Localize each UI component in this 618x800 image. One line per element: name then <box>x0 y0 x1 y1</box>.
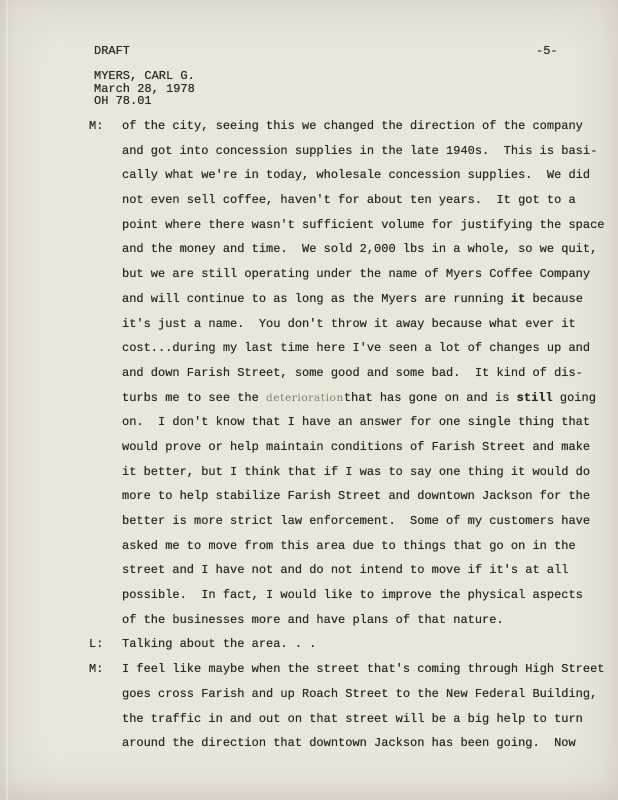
document-meta: MYERS, CARL G. March 28, 1978 OH 78.01 <box>94 70 195 108</box>
transcript-line: and got into concession supplies in the … <box>122 139 579 164</box>
transcript-line: of the businesses more and have plans of… <box>122 608 579 633</box>
oh-number: OH 78.01 <box>94 94 152 108</box>
transcript-line: asked me to move from this area due to t… <box>122 534 579 559</box>
transcript-line: it better, but I think that if I was to … <box>122 460 579 485</box>
transcript-line: point where there wasn't sufficient volu… <box>122 213 579 238</box>
transcript-line: not even sell coffee, haven't for about … <box>122 188 579 213</box>
transcript-line: cally what we're in today, wholesale con… <box>122 163 579 188</box>
scan-crease <box>6 0 8 800</box>
transcript-line: and down Farish Street, some good and so… <box>122 361 579 386</box>
transcript-line: but we are still operating under the nam… <box>122 262 579 287</box>
transcript-line: possible. In fact, I would like to impro… <box>122 583 579 608</box>
transcript-line: cost...during my last time here I've see… <box>122 336 579 361</box>
transcript-line: street and I have not and do not intend … <box>122 558 579 583</box>
transcript-line: it's just a name. You don't throw it awa… <box>122 312 579 337</box>
transcript-entry: L:Talking about the area. . . <box>89 632 579 657</box>
transcript-line: the traffic in and out on that street wi… <box>122 707 579 732</box>
transcript-line: would prove or help maintain conditions … <box>122 435 579 460</box>
speaker-label: M: <box>89 657 103 682</box>
transcript-entry: M:I feel like maybe when the street that… <box>89 657 579 756</box>
transcript-line: more to help stabilize Farish Street and… <box>122 484 579 509</box>
transcript-entry: M:of the city, seeing this we changed th… <box>89 114 579 632</box>
transcript-line: around the direction that downtown Jacks… <box>122 731 579 756</box>
transcript-line: of the city, seeing this we changed the … <box>122 114 579 139</box>
transcript-line: Talking about the area. . . <box>122 632 579 657</box>
transcript-line: and will continue to as long as the Myer… <box>122 287 579 312</box>
speaker-label: M: <box>89 114 103 139</box>
transcript-line: better is more strict law enforcement. S… <box>122 509 579 534</box>
transcript-body: M:of the city, seeing this we changed th… <box>89 114 579 756</box>
inserted-word: deterioration <box>266 392 344 404</box>
overstruck-word: it <box>511 292 525 306</box>
overstruck-word: still <box>517 391 553 405</box>
page-number: -5- <box>536 45 558 58</box>
transcript-line: goes cross Farish and up Roach Street to… <box>122 682 579 707</box>
draft-label: DRAFT <box>94 45 130 58</box>
transcript-line: on. I don't know that I have an answer f… <box>122 410 579 435</box>
transcript-line: and the money and time. We sold 2,000 lb… <box>122 237 579 262</box>
speaker-label: L: <box>89 632 103 657</box>
transcript-line: I feel like maybe when the street that's… <box>122 657 579 682</box>
transcript-line: turbs me to see the deteriorationthat ha… <box>122 386 579 411</box>
